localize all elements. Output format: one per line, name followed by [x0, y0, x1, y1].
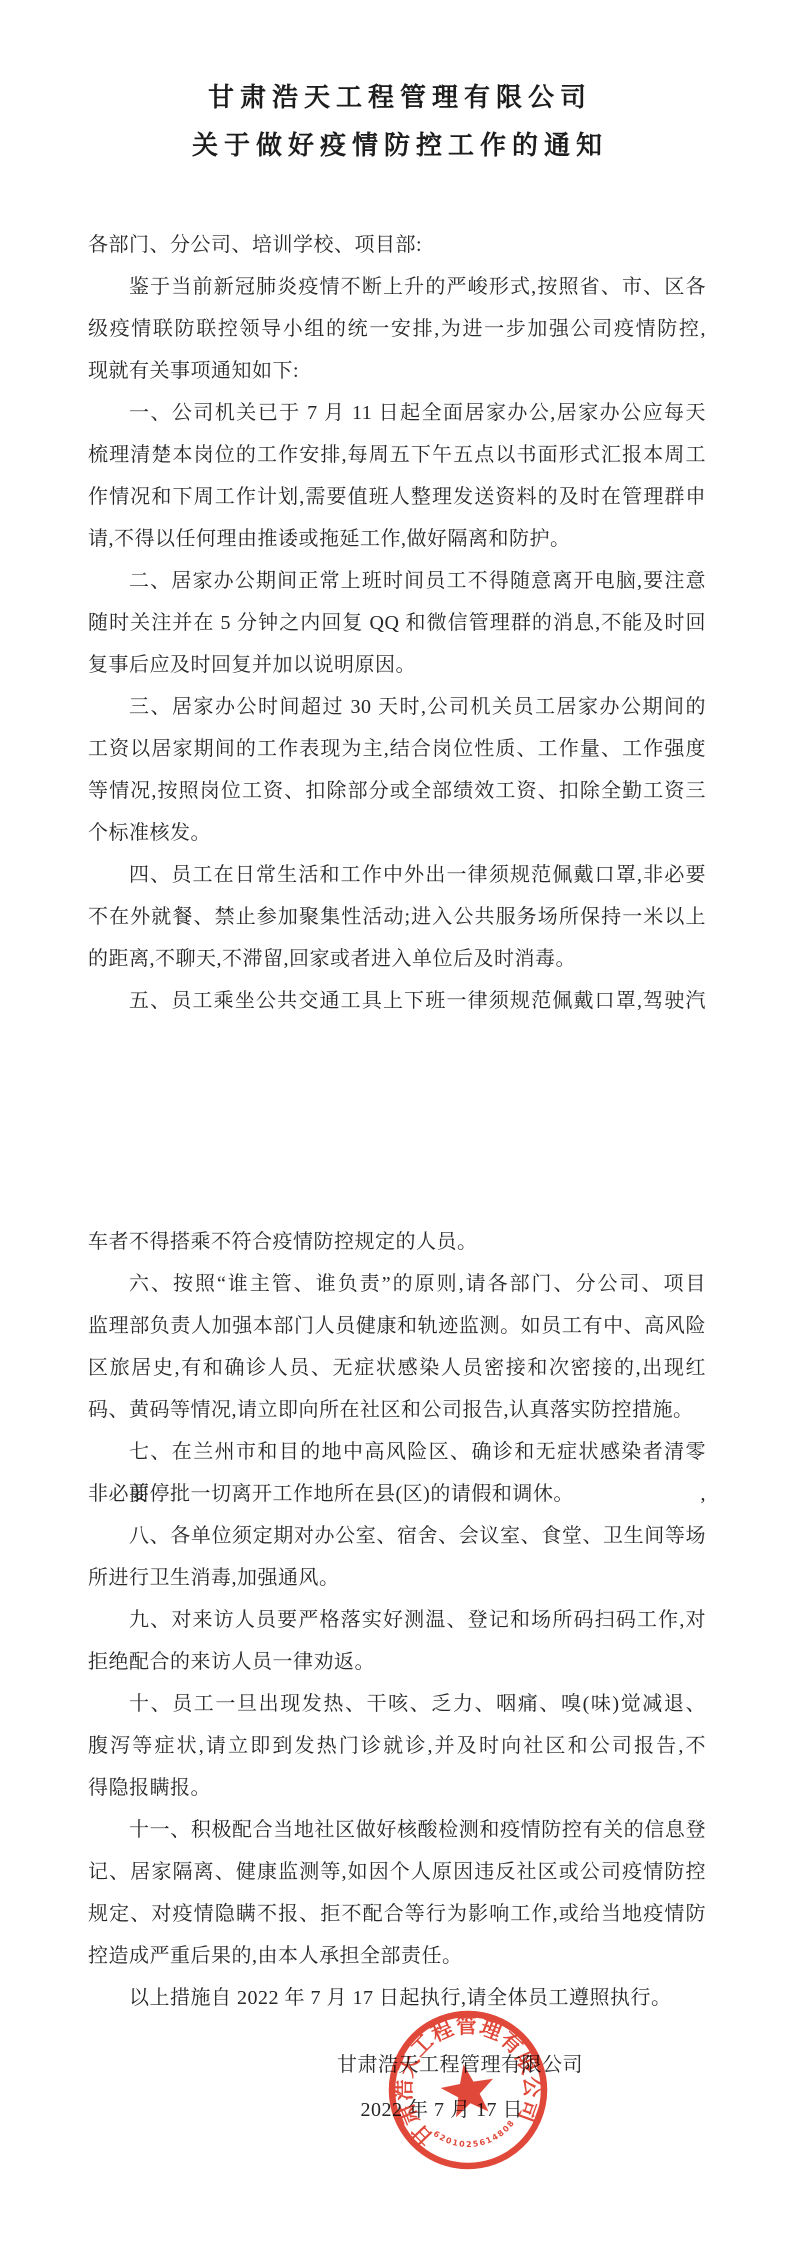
notice-body-page-2: 车者不得搭乘不符合疫情防控规定的人员。六、按照“谁主管、谁负责”的原则,请各部门… [88, 1221, 706, 2019]
svg-text:6201025614808: 6201025614808 [430, 2115, 520, 2156]
document-text-line: 六、按照“谁主管、谁负责”的原则,请各部门、分公司、项目 [88, 1263, 706, 1305]
document-text-line: 个标准核发。 [88, 812, 706, 854]
document-text-line: 腹泻等症状,请立即到发热门诊就诊,并及时向社区和公司报告,不 [88, 1725, 706, 1767]
document-text-line: 拒绝配合的来访人员一律劝返。 [88, 1641, 706, 1683]
document-text-line: 十一、积极配合当地社区做好核酸检测和疫情防控有关的信息登 [88, 1809, 706, 1851]
document-text-line: 梳理清楚本岗位的工作安排,每周五下午五点以书面形式汇报本周工 [88, 434, 706, 476]
seal-star [437, 2060, 498, 2119]
document-text-line: 不在外就餐、禁止参加聚集性活动;进入公共服务场所保持一米以上 [88, 896, 706, 938]
document-text-line: 二、居家办公期间正常上班时间员工不得随意离开电脑,要注意 [88, 560, 706, 602]
document-text-line: 工资以居家期间的工作表现为主,结合岗位性质、工作量、工作强度 [88, 728, 706, 770]
seal-number: 6201025614808 [430, 2115, 520, 2156]
document-text-line: 监理部负责人加强本部门人员健康和轨迹监测。如员工有中、高风险 [88, 1305, 706, 1347]
document-text-line: 九、对来访人员要严格落实好测温、登记和场所码扫码工作,对 [88, 1599, 706, 1641]
notice-body-page-1: 各部门、分公司、培训学校、项目部:鉴于当前新冠肺炎疫情不断上升的严峻形式,按照省… [88, 224, 706, 1022]
document-text-line: 控造成严重后果的,由本人承担全部责任。 [88, 1935, 706, 1977]
notice-document: { "document": { "title_line1": "甘肃浩天工程管理… [0, 0, 794, 2246]
document-text-line: 得隐报瞒报。 [88, 1767, 706, 1809]
company-seal: 甘肃浩天工程管理有限公司 6201025614808 [370, 1992, 567, 2189]
document-text-line: 七、在兰州市和目的地中高风险区、确诊和无症状感染者清零前, [88, 1431, 706, 1473]
document-text-line: 规定、对疫情隐瞒不报、拒不配合等行为影响工作,或给当地疫情防 [88, 1893, 706, 1935]
document-text-line: 等情况,按照岗位工资、扣除部分或全部绩效工资、扣除全勤工资三 [88, 770, 706, 812]
document-text-line: 码、黄码等情况,请立即向所在社区和公司报告,认真落实防控措施。 [88, 1389, 706, 1431]
document-text-line: 复事后应及时回复并加以说明原因。 [88, 644, 706, 686]
document-text-line: 随时关注并在 5 分钟之内回复 QQ 和微信管理群的消息,不能及时回 [88, 602, 706, 644]
document-title-subject: 关于做好疫情防控工作的通知 [0, 122, 794, 170]
document-title-company: 甘肃浩天工程管理有限公司 [0, 74, 794, 122]
document-text-line: 五、员工乘坐公共交通工具上下班一律须规范佩戴口罩,驾驶汽 [88, 980, 706, 1022]
document-text-line: 十、员工一旦出现发热、干咳、乏力、咽痛、嗅(味)觉减退、 [88, 1683, 706, 1725]
document-text-line: 作情况和下周工作计划,需要值班人整理发送资料的及时在管理群申 [88, 476, 706, 518]
document-text-line: 四、员工在日常生活和工作中外出一律须规范佩戴口罩,非必要 [88, 854, 706, 896]
document-text-line: 一、公司机关已于 7 月 11 日起全面居家办公,居家办公应每天 [88, 392, 706, 434]
company-seal-graphic: 甘肃浩天工程管理有限公司 6201025614808 [370, 1992, 567, 2189]
document-text-line: 鉴于当前新冠肺炎疫情不断上升的严峻形式,按照省、市、区各 [88, 266, 706, 308]
document-text-line: 的距离,不聊天,不滞留,回家或者进入单位后及时消毒。 [88, 938, 706, 980]
document-text-line: 记、居家隔离、健康监测等,如因个人原因违反社区或公司疫情防控 [88, 1851, 706, 1893]
document-text-line: 三、居家办公时间超过 30 天时,公司机关员工居家办公期间的 [88, 686, 706, 728]
document-text-line: 请,不得以任何理由推诿或拖延工作,做好隔离和防护。 [88, 518, 706, 560]
document-text-line: 以上措施自 2022 年 7 月 17 日起执行,请全体员工遵照执行。 [88, 1977, 706, 2019]
document-text-line: 区旅居史,有和确诊人员、无症状感染人员密接和次密接的,出现红 [88, 1347, 706, 1389]
document-text-line: 所进行卫生消毒,加强通风。 [88, 1557, 706, 1599]
document-text-line: 车者不得搭乘不符合疫情防控规定的人员。 [88, 1221, 706, 1263]
document-text-line: 现就有关事项通知如下: [88, 350, 706, 392]
document-text-line: 各部门、分公司、培训学校、项目部: [88, 224, 706, 266]
document-text-line: 八、各单位须定期对办公室、宿舍、会议室、食堂、卫生间等场 [88, 1515, 706, 1557]
document-text-line: 级疫情联防联控领导小组的统一安排,为进一步加强公司疫情防控, [88, 308, 706, 350]
